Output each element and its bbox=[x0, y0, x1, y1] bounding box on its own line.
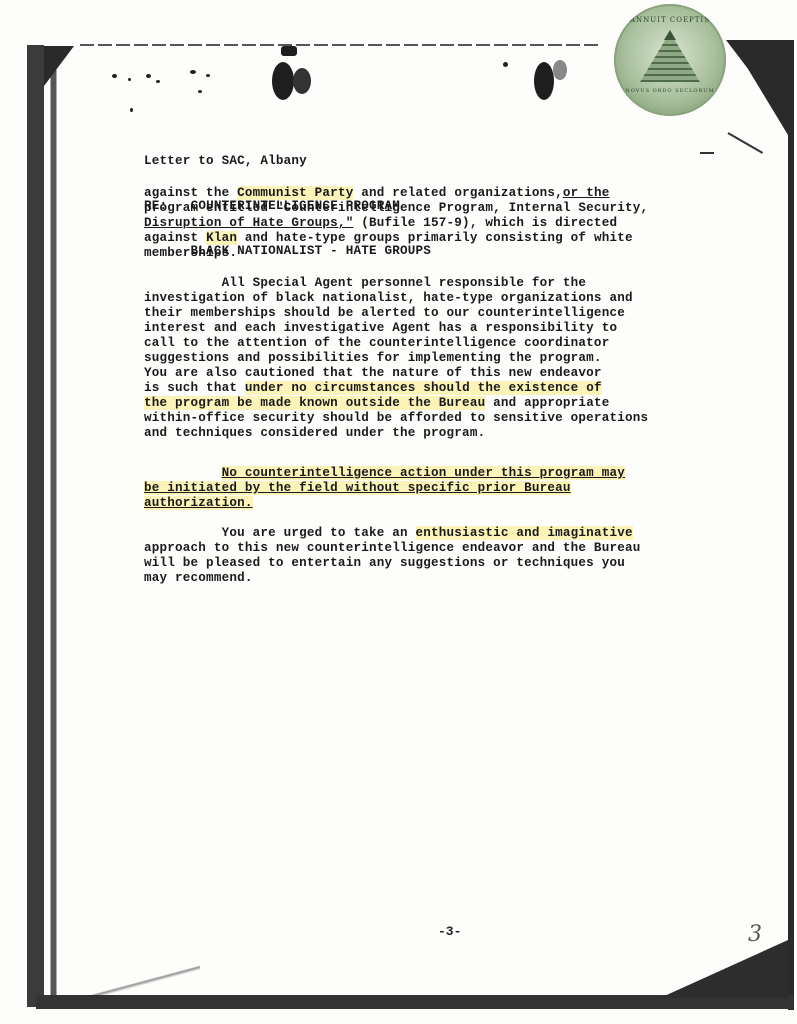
text-line: may recommend. bbox=[144, 571, 640, 586]
text-line: the program be made known outside the Bu… bbox=[144, 396, 648, 411]
scan-border-left bbox=[27, 45, 44, 1007]
text-segment bbox=[144, 466, 222, 480]
highlighted-text: Klan bbox=[206, 231, 237, 245]
text-segment: suggestions and possibilities for implem… bbox=[144, 351, 602, 365]
text-segment: their memberships should be alerted to o… bbox=[144, 306, 625, 320]
scan-speck bbox=[146, 74, 151, 78]
scan-stroke-mark bbox=[700, 152, 714, 154]
text-line: against the Communist Party and related … bbox=[144, 186, 648, 201]
scan-speck bbox=[130, 108, 133, 112]
highlighted-text: under no circumstances should the existe… bbox=[245, 381, 602, 395]
text-segment: and techniques considered under the prog… bbox=[144, 426, 485, 440]
text-segment: (Bufile 157-9), which is directed bbox=[353, 216, 617, 230]
eye-icon bbox=[664, 30, 676, 40]
text-line: No counterintelligence action under this… bbox=[144, 466, 625, 481]
scan-speck bbox=[112, 74, 117, 78]
text-line: You are urged to take an enthusiastic an… bbox=[144, 526, 640, 541]
paragraph-1: against the Communist Party and related … bbox=[144, 186, 648, 261]
text-segment: may recommend. bbox=[144, 571, 253, 585]
seal-motto-top: ANNUIT COEPTIS bbox=[614, 16, 726, 24]
text-segment: You are also cautioned that the nature o… bbox=[144, 366, 602, 380]
text-segment: call to the attention of the counterinte… bbox=[144, 336, 609, 350]
punch-hole-mark bbox=[293, 68, 311, 94]
scan-border-top bbox=[80, 44, 600, 46]
great-seal-pyramid-icon: ANNUIT COEPTIS NOVUS ORDO SECLORUM bbox=[614, 4, 726, 116]
text-line: authorization. bbox=[144, 496, 625, 511]
text-line: within-office security should be afforde… bbox=[144, 411, 648, 426]
text-line: against Klan and hate-type groups primar… bbox=[144, 231, 648, 246]
scan-speck bbox=[190, 70, 196, 74]
highlighted-text: Communist Party bbox=[237, 186, 353, 200]
highlighted-text: enthusiastic and imaginative bbox=[416, 526, 633, 540]
text-segment: against bbox=[144, 231, 206, 245]
paragraph-2: All Special Agent personnel responsible … bbox=[144, 276, 648, 441]
scan-corner-bottom-left bbox=[60, 955, 200, 997]
text-line: You are also cautioned that the nature o… bbox=[144, 366, 648, 381]
scan-border-right bbox=[788, 40, 794, 1010]
text-line: program entitled "Counterintelligence Pr… bbox=[144, 201, 648, 216]
text-line: and techniques considered under the prog… bbox=[144, 426, 648, 441]
text-line: approach to this new counterintelligence… bbox=[144, 541, 640, 556]
text-segment: and appropriate bbox=[485, 396, 609, 410]
text-line: their memberships should be alerted to o… bbox=[144, 306, 648, 321]
text-line: call to the attention of the counterinte… bbox=[144, 336, 648, 351]
highlighted-text: be initiated by the field without specif… bbox=[144, 481, 571, 495]
text-segment: within-office security should be afforde… bbox=[144, 411, 648, 425]
text-segment: is such that bbox=[144, 381, 245, 395]
seal-motto-bottom: NOVUS ORDO SECLORUM bbox=[614, 88, 726, 94]
scan-corner-bottom-right bbox=[660, 940, 788, 998]
text-line: suggestions and possibilities for implem… bbox=[144, 351, 648, 366]
scan-speck bbox=[156, 80, 160, 83]
punch-hole-mark bbox=[553, 60, 567, 80]
scan-border-left-inner bbox=[48, 48, 60, 1003]
text-segment: investigation of black nationalist, hate… bbox=[144, 291, 633, 305]
text-line: be initiated by the field without specif… bbox=[144, 481, 625, 496]
text-segment: or the bbox=[563, 186, 610, 200]
text-segment: interest and each investigative Agent ha… bbox=[144, 321, 617, 335]
text-segment: and related organizations, bbox=[353, 186, 562, 200]
paragraph-3: No counterintelligence action under this… bbox=[144, 466, 625, 511]
text-segment: You are urged to take an bbox=[144, 526, 416, 540]
text-line: is such that under no circumstances shou… bbox=[144, 381, 648, 396]
text-line: All Special Agent personnel responsible … bbox=[144, 276, 648, 291]
text-segment: Disruption of Hate Groups," bbox=[144, 216, 353, 230]
scan-speck bbox=[198, 90, 202, 93]
header-recipient: Letter to SAC, Albany bbox=[144, 154, 431, 169]
punch-hole-mark bbox=[534, 62, 554, 100]
highlighted-text: No counterintelligence action under this… bbox=[222, 466, 625, 480]
text-segment: against the bbox=[144, 186, 237, 200]
text-line: Disruption of Hate Groups," (Bufile 157-… bbox=[144, 216, 648, 231]
text-segment: and hate-type groups primarily consistin… bbox=[237, 231, 633, 245]
text-line: interest and each investigative Agent ha… bbox=[144, 321, 648, 336]
text-segment: memberships. bbox=[144, 246, 237, 260]
highlighted-text: authorization. bbox=[144, 496, 253, 510]
text-line: memberships. bbox=[144, 246, 648, 261]
page-number: -3- bbox=[438, 924, 461, 939]
text-segment: approach to this new counterintelligence… bbox=[144, 541, 640, 555]
text-segment: program entitled "Counterintelligence Pr… bbox=[144, 201, 648, 215]
text-segment: All Special Agent personnel responsible … bbox=[144, 276, 586, 290]
scanned-document-page: ANNUIT COEPTIS NOVUS ORDO SECLORUM Lette… bbox=[0, 0, 797, 1024]
scan-corner-top-right bbox=[726, 40, 788, 135]
highlighted-text: the program be made known outside the Bu… bbox=[144, 396, 485, 410]
handwritten-page-number: 3 bbox=[748, 922, 762, 947]
text-line: will be pleased to entertain any suggest… bbox=[144, 556, 640, 571]
text-segment: will be pleased to entertain any suggest… bbox=[144, 556, 625, 570]
punch-hole-mark bbox=[281, 46, 297, 56]
paragraph-4: You are urged to take an enthusiastic an… bbox=[144, 526, 640, 586]
scan-stroke-mark bbox=[728, 132, 764, 154]
punch-hole-mark bbox=[272, 62, 294, 100]
scan-speck bbox=[503, 62, 508, 67]
scan-speck bbox=[206, 74, 210, 77]
text-line: investigation of black nationalist, hate… bbox=[144, 291, 648, 306]
scan-speck bbox=[128, 78, 131, 81]
